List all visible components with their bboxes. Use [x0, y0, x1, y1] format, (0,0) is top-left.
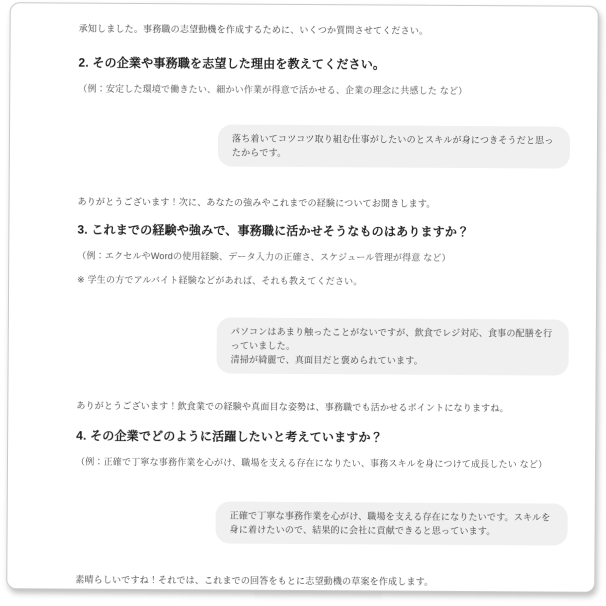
assistant-question-3-example: （例：エクセルやWordの使用経験、データ入力の正確さ、スケジュール管理が得意 … [77, 250, 569, 266]
assistant-ack-3: ありがとうございます！飲食業での経験や真面目な姿勢は、事務職でも活かせるポイント… [76, 400, 568, 416]
user-message-row: 落ち着いてコツコツ取り組む仕事がしたいのとスキルが身につきそうだと思ったからです… [78, 124, 570, 169]
user-answer-3-line2: 清掃が綺麗で、真面目だと褒められています。 [231, 355, 423, 366]
assistant-question-2-example: （例：安定した環境で働きたい、細かい作業が得意で活かせる、企業の理念に共感した … [78, 83, 570, 99]
user-message-row: 正確で丁寧な事務作業を心がけ、職場を支える存在になりたいです。スキルを身に着けた… [75, 501, 567, 546]
assistant-ack-2: ありがとうございます！次に、あなたの強みやこれまでの経験についてお聞きします。 [78, 196, 570, 212]
page-background: 承知しました。事務職の志望動機を作成するために、いくつか質問させてください。 2… [0, 0, 606, 606]
assistant-question-3-heading: 3. これまでの経験や強みで、事務職に活かせそうなものはありますか？ [77, 223, 569, 241]
assistant-closing-message: 素晴らしいですね！それでは、これまでの回答をもとに志望動機の草案を作成します。 [75, 574, 567, 590]
user-answer-2-bubble: 落ち着いてコツコツ取り組む仕事がしたいのとスキルが身につきそうだと思ったからです… [218, 124, 570, 168]
user-message-row: パソコンはあまり触ったことがないですが、飲食でレジ対応、食事の配膳を行っていまし… [77, 317, 569, 376]
user-answer-4-bubble: 正確で丁寧な事務作業を心がけ、職場を支える存在になりたいです。スキルを身に着けた… [215, 501, 567, 545]
user-answer-3-line1: パソコンはあまり触ったことがないですが、飲食でレジ対応、食事の配膳を行っていまし… [231, 327, 553, 351]
chat-transcript-card: 承知しました。事務職の志望動機を作成するために、いくつか質問させてください。 2… [6, 2, 599, 593]
assistant-question-3-note: ※ 学生の方でアルバイト経験などがあれば、それも教えてください。 [77, 274, 569, 290]
user-answer-3-bubble: パソコンはあまり触ったことがないですが、飲食でレジ対応、食事の配膳を行っていまし… [217, 317, 569, 375]
assistant-question-4-example: （例：正確で丁寧な事務作業を心がけ、職場を支える存在になりたい、事務スキルを身に… [76, 456, 568, 472]
assistant-message-intro: 承知しました。事務職の志望動機を作成するために、いくつか質問させてください。 [79, 23, 571, 39]
assistant-question-2-heading: 2. その企業や事務職を志望した理由を教えてください。 [78, 56, 570, 74]
assistant-question-4-heading: 4. その企業でどのように活躍したいと考えていますか？ [76, 429, 568, 447]
